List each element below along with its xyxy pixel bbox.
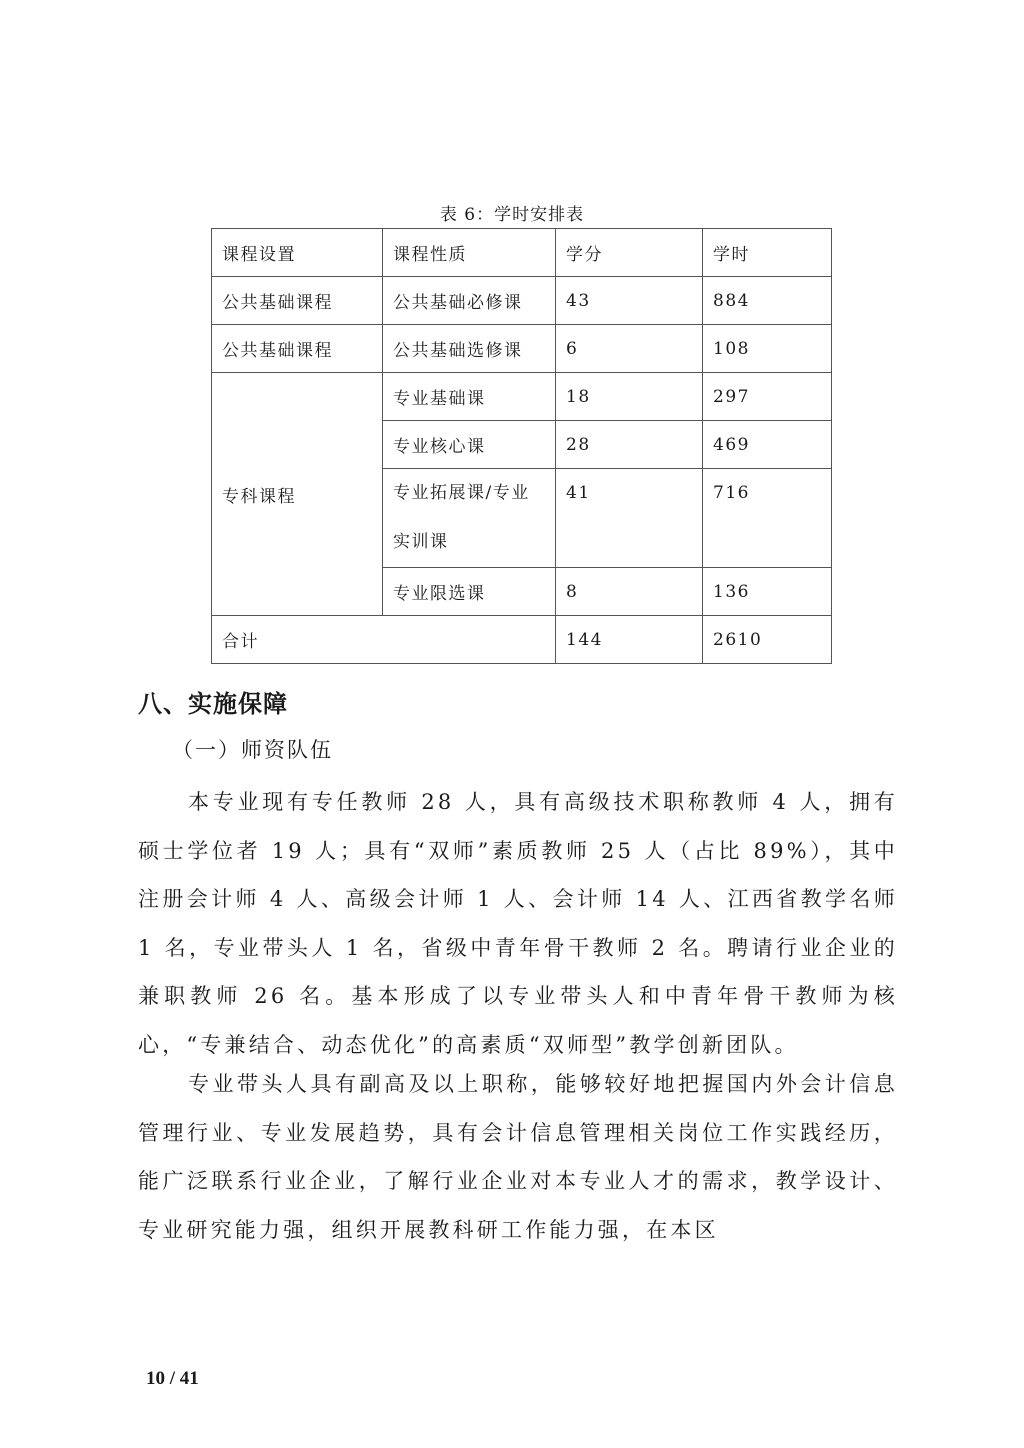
cell-hours: 136 bbox=[703, 568, 832, 616]
header-cell: 学时 bbox=[703, 229, 832, 277]
cell-credits: 6 bbox=[556, 325, 703, 373]
section-heading: 八、实施保障 bbox=[138, 684, 288, 719]
cell-credits: 41 bbox=[556, 469, 703, 568]
cell-nature: 专业基础课 bbox=[383, 373, 556, 421]
cell-hours: 884 bbox=[703, 277, 832, 325]
cell-setting-merged: 专科课程 bbox=[212, 373, 383, 616]
cell-nature: 专业限选课 bbox=[383, 568, 556, 616]
cell-hours: 108 bbox=[703, 325, 832, 373]
cell-nature: 公共基础必修课 bbox=[383, 277, 556, 325]
table-row: 公共基础课程 公共基础选修课 6 108 bbox=[212, 325, 832, 373]
total-label: 合计 bbox=[212, 616, 556, 664]
cell-credits: 28 bbox=[556, 421, 703, 469]
cell-nature: 公共基础选修课 bbox=[383, 325, 556, 373]
cell-credits: 43 bbox=[556, 277, 703, 325]
table-row: 专科课程 专业基础课 18 297 bbox=[212, 373, 832, 421]
cell-nature: 专业核心课 bbox=[383, 421, 556, 469]
cell-setting: 公共基础课程 bbox=[212, 325, 383, 373]
cell-credits: 18 bbox=[556, 373, 703, 421]
header-cell: 课程性质 bbox=[383, 229, 556, 277]
table-header-row: 课程设置 课程性质 学分 学时 bbox=[212, 229, 832, 277]
page-number: 10 / 41 bbox=[146, 1368, 199, 1390]
schedule-table: 课程设置 课程性质 学分 学时 公共基础课程 公共基础必修课 43 884 公共… bbox=[211, 228, 832, 664]
table-row: 公共基础课程 公共基础必修课 43 884 bbox=[212, 277, 832, 325]
header-cell: 学分 bbox=[556, 229, 703, 277]
cell-hours: 469 bbox=[703, 421, 832, 469]
subsection-heading: （一）师资队伍 bbox=[172, 734, 333, 764]
table-caption: 表 6：学时安排表 bbox=[0, 200, 1024, 225]
cell-setting: 公共基础课程 bbox=[212, 277, 383, 325]
header-cell: 课程设置 bbox=[212, 229, 383, 277]
total-hours: 2610 bbox=[703, 616, 832, 664]
cell-nature: 专业拓展课/专业实训课 bbox=[383, 469, 556, 568]
cell-credits: 8 bbox=[556, 568, 703, 616]
paragraph-faculty: 本专业现有专任教师 28 人，具有高级技术职称教师 4 人，拥有硕士学位者 19… bbox=[138, 778, 898, 1069]
cell-hours: 297 bbox=[703, 373, 832, 421]
cell-hours: 716 bbox=[703, 469, 832, 568]
paragraph-lead-teacher: 专业带头人具有副高及以上职称，能够较好地把握国内外会计信息管理行业、专业发展趋势… bbox=[138, 1060, 898, 1254]
table-total-row: 合计 144 2610 bbox=[212, 616, 832, 664]
total-credits: 144 bbox=[556, 616, 703, 664]
